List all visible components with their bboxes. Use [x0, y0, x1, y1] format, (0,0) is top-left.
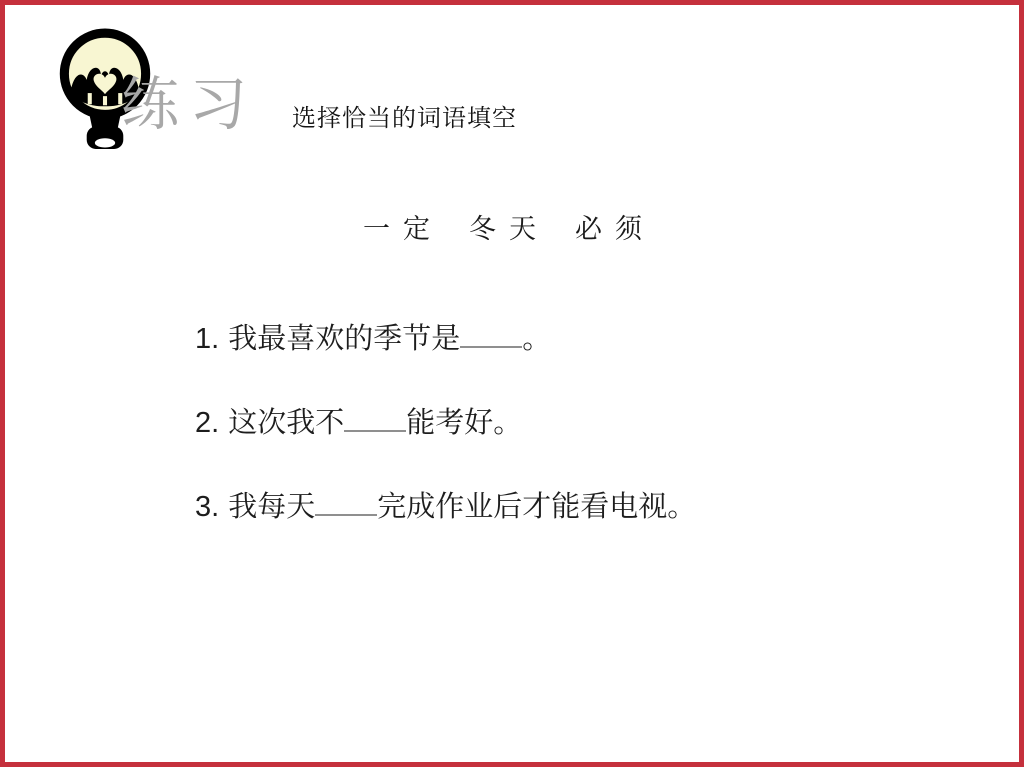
question-3: 3.我每天完成作业后才能看电视。 — [195, 490, 696, 525]
question-text-after: 能考好。 — [406, 407, 522, 439]
word-bank-item: 一定 — [363, 212, 443, 247]
word-bank-item: 冬天 — [469, 212, 549, 247]
page-title: 练习 — [121, 73, 257, 137]
question-number: 2. — [195, 407, 219, 439]
question-number: 3. — [195, 491, 219, 523]
word-bank: 一定 冬天 必须 — [363, 212, 655, 247]
instruction-text: 选择恰当的词语填空 — [292, 105, 517, 134]
question-text-before: 我最喜欢的季节是 — [228, 323, 460, 355]
word-bank-item: 必须 — [575, 212, 655, 247]
fill-in-blank — [460, 341, 522, 348]
fill-in-blank — [315, 509, 377, 516]
fill-in-blank — [344, 425, 406, 432]
question-number: 1. — [195, 323, 219, 355]
question-2: 2.这次我不能考好。 — [195, 406, 522, 441]
question-text-before: 这次我不 — [228, 407, 344, 439]
slide: 练习 选择恰当的词语填空 一定 冬天 必须 1.我最喜欢的季节是。 2.这次我不… — [0, 0, 1024, 767]
question-text-after: 完成作业后才能看电视。 — [377, 491, 696, 523]
question-1: 1.我最喜欢的季节是。 — [195, 322, 551, 357]
question-text-before: 我每天 — [228, 491, 315, 523]
question-text-after: 。 — [522, 323, 551, 355]
